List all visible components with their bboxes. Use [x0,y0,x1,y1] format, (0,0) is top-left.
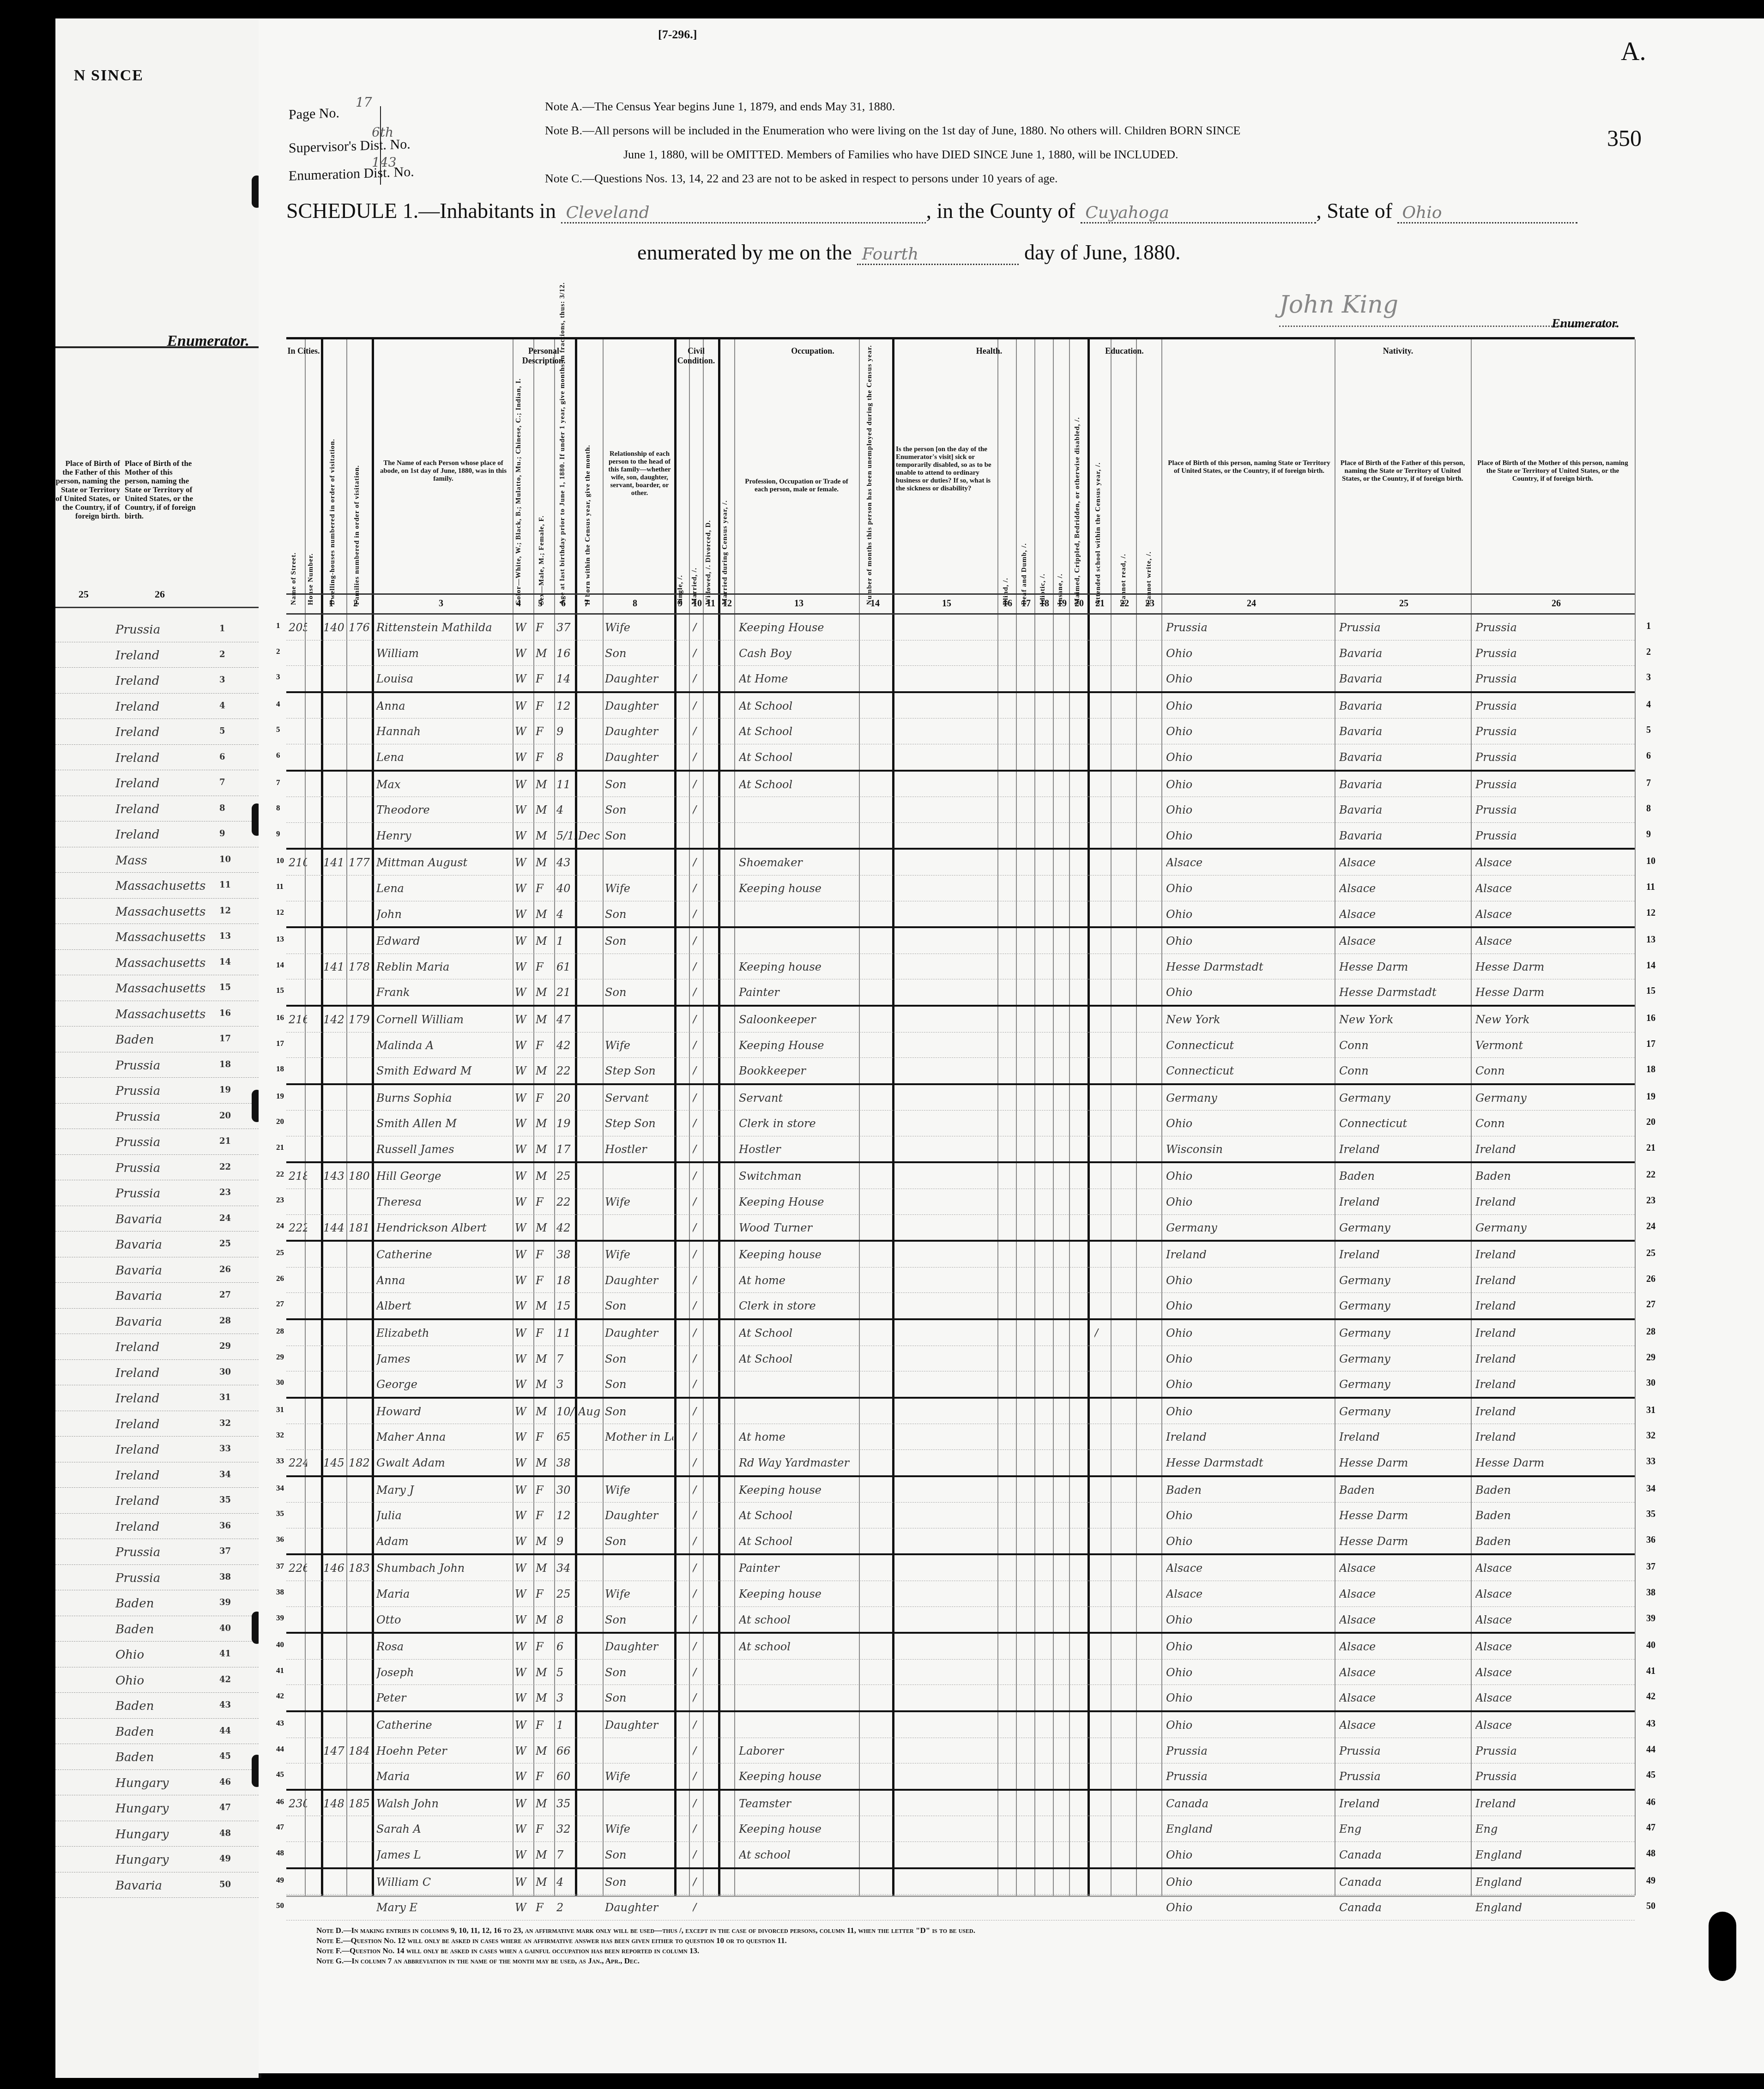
occupation-cell: At School [739,1327,857,1340]
occupation-cell: Keeping House [739,621,857,634]
birthplace-cell: Ohio [1166,1195,1332,1208]
occupation-cell: Keeping house [739,1588,857,1600]
mother-birthplace-cell: Alsace [1475,882,1632,895]
age-cell: 4 [556,803,575,816]
prev-mother-birthplace-cell: Ireland [115,1392,159,1406]
line-number-right: 43 [1646,1719,1655,1729]
prev-table-row: Bavaria50 [55,1872,259,1898]
sex-cell: F [536,1431,554,1443]
header-father-birthplace: Place of Birth of the Father of this per… [1337,459,1468,483]
name-cell: Cornell William [376,1013,510,1026]
birthplace-cell: Ohio [1166,1405,1332,1418]
occupation-cell: Rd Way Yardmaster [739,1456,857,1469]
table-row: 31HowardWM10/12AugSon/OhioGermanyIreland… [286,1399,1635,1425]
relationship-cell: Wife [605,1823,673,1835]
name-cell: Rosa [376,1640,510,1653]
father-birthplace-cell: Prussia [1339,1745,1468,1757]
prev-mother-birthplace-cell: Prussia [115,1187,160,1201]
line-number-right: 46 [1646,1797,1655,1808]
prev-mother-birthplace-cell: Bavaria [115,1264,162,1278]
line-number: 38 [276,1588,284,1597]
occupation-cell: Wood Turner [739,1221,857,1234]
house-number-cell: 222 [289,1221,307,1234]
occupation-cell: Keeping House [739,1039,857,1052]
occupation-cell: At School [739,1535,857,1548]
age-cell: 30 [556,1484,575,1497]
age-cell: 32 [556,1823,575,1835]
name-cell: Rittenstein Mathilda [376,621,510,634]
prev-line-number: 33 [219,1444,231,1454]
marital-mark-cell: / [693,1691,702,1704]
prev-mother-birthplace-cell: Ireland [115,700,159,714]
marital-mark-cell: / [693,1640,702,1653]
column-number: 23 [1145,598,1154,609]
name-cell: Theresa [376,1195,510,1208]
father-birthplace-cell: Bavaria [1339,672,1468,685]
father-birthplace-cell: Hesse Darmstadt [1339,986,1468,999]
family-number-cell: 179 [349,1013,372,1026]
prev-line-number: 4 [219,701,225,711]
prev-table-row: Bavaria25 [55,1232,259,1257]
mother-birthplace-cell: Baden [1475,1509,1632,1522]
line-number: 1 [276,621,280,630]
relationship-cell: Daughter [605,1327,673,1340]
line-number-right: 19 [1646,1092,1655,1102]
census-rows: 1205140176Rittenstein MathildaWF37Wife/K… [286,615,1635,1920]
line-number-right: 44 [1646,1745,1655,1755]
mother-birthplace-cell: Germany [1475,1221,1632,1234]
column-number: 2 [353,598,358,609]
family-number-cell: 183 [349,1562,372,1575]
line-number: 44 [276,1745,284,1754]
column-number: 20 [1075,598,1084,609]
relationship-cell: Daughter [605,1901,673,1914]
group-civil-condition: Civil Condition. [674,346,718,366]
color-cell: W [515,1691,533,1704]
prev-line-number: 42 [219,1675,231,1684]
line-number-right: 36 [1646,1535,1655,1546]
prev-mother-birthplace-cell: Baden [115,1623,154,1636]
sex-cell: M [536,935,554,948]
line-number: 40 [276,1640,284,1649]
line-number: 2 [276,647,280,656]
sex-cell: M [536,647,554,660]
county-field: Cuyahoga [1081,203,1316,223]
age-cell: 4 [556,908,575,921]
birthplace-cell: Baden [1166,1484,1332,1497]
color-cell: W [515,1484,533,1497]
name-cell: Smith Allen M [376,1117,510,1130]
table-row: 21Russell JamesWM17Hostler/HostlerWiscon… [286,1136,1635,1164]
family-number-cell: 181 [349,1221,372,1234]
sex-cell: M [536,829,554,842]
birthplace-cell: Ohio [1166,1378,1332,1391]
birthplace-cell: Ohio [1166,672,1332,685]
father-birthplace-cell: Germany [1339,1274,1468,1287]
prev-table-header: Place of Birth of the Father of this per… [55,348,259,608]
father-birthplace-cell: Germany [1339,1378,1468,1391]
mother-birthplace-cell: Hesse Darm [1475,986,1632,999]
occupation-cell: Keeping house [739,960,857,973]
marital-mark-cell: / [693,1745,702,1757]
table-row: 36AdamWM9Son/At SchoolOhioHesse DarmBade… [286,1528,1635,1556]
line-number: 25 [276,1248,284,1257]
mother-birthplace-cell: Alsace [1475,856,1632,869]
father-birthplace-cell: Ireland [1339,1143,1468,1156]
name-cell: Frank [376,986,510,999]
prev-mother-birthplace-cell: Ireland [115,1469,159,1483]
sex-cell: F [536,621,554,634]
column-number: 22 [1120,598,1129,609]
mother-birthplace-cell: Ireland [1475,1195,1632,1208]
mother-birthplace-cell: Alsace [1475,1640,1632,1653]
table-row: 46230148185Walsh JohnWM35/TeamsterCanada… [286,1791,1635,1817]
relationship-cell: Son [605,829,673,842]
family-number-cell: 180 [349,1170,372,1183]
prev-line-number: 20 [219,1111,231,1121]
line-number-right: 7 [1646,778,1651,789]
prev-line-number: 25 [219,1239,231,1249]
birthplace-cell: Ohio [1166,647,1332,660]
birthplace-cell: Germany [1166,1221,1332,1234]
father-birthplace-cell: Canada [1339,1876,1468,1889]
header-married-census-year: Married during Census year, /. [721,500,729,605]
age-cell: 12 [556,1509,575,1522]
line-number: 41 [276,1666,284,1675]
sex-cell: F [536,672,554,685]
marital-mark-cell: / [693,1327,702,1340]
prev-mother-birthplace-cell: Ireland [115,1418,159,1431]
age-cell: 15 [556,1299,575,1312]
name-cell: Max [376,778,510,791]
table-row: 35JuliaWF12Daughter/At SchoolOhioHesse D… [286,1503,1635,1528]
occupation-cell: Hostler [739,1143,857,1156]
age-cell: 40 [556,882,575,895]
relationship-cell: Son [605,1848,673,1861]
table-row: 45MariaWF60Wife/Keeping housePrussiaPrus… [286,1763,1635,1791]
marital-mark-cell: / [693,1509,702,1522]
prev-line-number: 9 [219,829,225,839]
line-number-right: 11 [1646,882,1655,893]
relationship-cell: Son [605,1666,673,1679]
mother-birthplace-cell: New York [1475,1013,1632,1026]
table-row: 39OttoWM8Son/At schoolOhioAlsaceAlsace39 [286,1607,1635,1634]
table-row: 25CatherineWF38Wife/Keeping houseIreland… [286,1242,1635,1268]
line-number-right: 30 [1646,1378,1655,1389]
color-cell: W [515,1456,533,1469]
father-birthplace-cell: Conn [1339,1039,1468,1052]
name-cell: Elizabeth [376,1327,510,1340]
line-number-right: 27 [1646,1299,1655,1310]
column-number: 5 [538,598,543,609]
supervisor-dist-value: 6th [372,125,393,140]
mother-birthplace-cell: Prussia [1475,700,1632,712]
header-born-month: If born within the Census year, give the… [584,445,592,605]
sex-cell: F [536,1588,554,1600]
age-cell: 61 [556,960,575,973]
header-sickness: Is the person [on the day of the Enumera… [896,446,993,493]
line-number: 35 [276,1509,284,1518]
birthplace-cell: Hesse Darmstadt [1166,1456,1332,1469]
age-cell: 4 [556,1876,575,1889]
line-number-right: 2 [1646,647,1651,658]
relationship-cell: Daughter [605,1274,673,1287]
prev-nativity-table: Place of Birth of the Father of this per… [55,346,259,608]
line-number: 12 [276,908,284,917]
age-cell: 18 [556,1274,575,1287]
prev-mother-birthplace-cell: Mass [115,854,147,868]
column-number: 21 [1095,598,1105,609]
line-number-right: 42 [1646,1691,1655,1702]
marital-mark-cell: / [693,856,702,869]
table-row: 19Burns SophiaWF20Servant/ServantGermany… [286,1085,1635,1111]
father-birthplace-cell: Conn [1339,1064,1468,1077]
prev-mother-birthplace-cell: Prussia [115,1546,160,1559]
occupation-cell: Keeping house [739,1248,857,1261]
relationship-cell: Son [605,1299,673,1312]
mother-birthplace-cell: Hesse Darm [1475,960,1632,973]
prev-line-number: 24 [219,1214,231,1223]
mother-birthplace-cell: Ireland [1475,1378,1632,1391]
state-label: , State of [1316,199,1392,223]
color-cell: W [515,1248,533,1261]
table-row: 20Smith Allen MWM19Step Son/Clerk in sto… [286,1111,1635,1136]
line-number: 50 [276,1901,284,1910]
relationship-cell: Son [605,803,673,816]
birthplace-cell: Prussia [1166,1770,1332,1783]
marital-mark-cell: / [693,1562,702,1575]
birthplace-cell: Ohio [1166,725,1332,738]
prev-mother-birthplace-cell: Baden [115,1751,154,1764]
name-cell: Howard [376,1405,510,1418]
prev-mother-birthplace-cell: Ireland [115,803,159,816]
table-row: 5HannahWF9Daughter/At SchoolOhioBavariaP… [286,718,1635,744]
occupation-cell: At School [739,725,857,738]
line-number-right: 6 [1646,751,1651,761]
father-birthplace-cell: New York [1339,1013,1468,1026]
prev-table-row: Bavaria28 [55,1309,259,1334]
prev-born-since-text: N SINCE [74,67,144,85]
family-number-cell: 177 [349,856,372,869]
mother-birthplace-cell: Prussia [1475,1745,1632,1757]
table-row: 15FrankWM21Son/PainterOhioHesse Darmstad… [286,979,1635,1007]
table-row: 7MaxWM11Son/At SchoolOhioBavariaPrussia7 [286,772,1635,797]
sex-cell: M [536,1456,554,1469]
marital-mark-cell: / [693,1170,702,1183]
group-health: Health. [892,346,1086,356]
prev-table-row: Mass10 [55,847,259,873]
father-birthplace-cell: Germany [1339,1352,1468,1365]
father-birthplace-cell: Bavaria [1339,803,1468,816]
enumeration-dist-value: 143 [372,155,396,170]
birthplace-cell: Alsace [1166,1562,1332,1575]
header-birthplace: Place of Birth of this person, naming St… [1166,459,1332,475]
line-number: 4 [276,700,280,709]
prev-mother-birthplace-cell: Ireland [115,1366,159,1380]
birthplace-cell: Connecticut [1166,1064,1332,1077]
name-cell: Hill George [376,1170,510,1183]
birthplace-cell: England [1166,1823,1332,1835]
header-sex: Sex—Male, M.; Female, F. [538,515,546,605]
relationship-cell: Servant [605,1092,673,1105]
father-birthplace-cell: Eng [1339,1823,1468,1835]
prev-mother-birthplace-cell: Massachusetts [115,1008,205,1021]
column-number: 8 [633,598,637,609]
sex-cell: M [536,986,554,999]
prev-table-row: Ireland6 [55,745,259,771]
column-number: 15 [942,598,951,609]
father-birthplace-cell: Alsace [1339,1640,1468,1653]
marital-mark-cell: / [693,1848,702,1861]
name-cell: Walsh John [376,1797,510,1810]
occupation-cell: Switchman [739,1170,857,1183]
color-cell: W [515,1013,533,1026]
column-number: 7 [584,598,589,609]
father-birthplace-cell: Hesse Darm [1339,1456,1468,1469]
prev-mother-birthplace-cell: Ireland [115,828,159,842]
sex-cell: M [536,856,554,869]
line-number: 24 [276,1221,284,1231]
scan-artifact [1709,1912,1736,1981]
line-number: 5 [276,725,280,734]
relationship-cell: Daughter [605,1719,673,1732]
mother-birthplace-cell: Eng [1475,1823,1632,1835]
prev-line-number: 22 [219,1162,231,1172]
color-cell: W [515,751,533,764]
family-number-cell: 185 [349,1797,372,1810]
occupation-cell: Clerk in store [739,1117,857,1130]
prev-line-number: 8 [219,803,225,813]
color-cell: W [515,1719,533,1732]
line-number: 3 [276,672,280,682]
table-row: 42PeterWM3Son/OhioAlsaceAlsace42 [286,1685,1635,1712]
age-cell: 3 [556,1378,575,1391]
name-cell: Maria [376,1770,510,1783]
birthplace-cell: Ohio [1166,986,1332,999]
line-number: 49 [276,1876,284,1885]
prev-table-row: Baden17 [55,1026,259,1052]
relationship-cell: Wife [605,1484,673,1497]
age-cell: 42 [556,1221,575,1234]
name-cell: Henry [376,829,510,842]
house-number-cell: 210 [289,856,307,869]
line-number: 22 [276,1170,284,1179]
table-row: 4AnnaWF12Daughter/At SchoolOhioBavariaPr… [286,693,1635,719]
occupation-cell: Bookkeeper [739,1064,857,1077]
line-number-right: 10 [1646,856,1655,867]
father-birthplace-cell: Alsace [1339,856,1468,869]
marital-mark-cell: / [693,1064,702,1077]
birthplace-cell: Ohio [1166,1719,1332,1732]
prev-table-row: Prussia19 [55,1078,259,1104]
prev-mother-birthplace-cell: Ireland [115,1494,159,1508]
prev-mother-birthplace-cell: Ireland [115,777,159,791]
mother-birthplace-cell: Baden [1475,1170,1632,1183]
color-cell: W [515,1039,533,1052]
occupation-cell: Keeping House [739,1195,857,1208]
sex-cell: F [536,1640,554,1653]
name-cell: Hoehn Peter [376,1745,510,1757]
age-cell: 11 [556,778,575,791]
line-number-right: 8 [1646,803,1651,814]
color-cell: W [515,1170,533,1183]
prev-mother-birthplace-cell: Ireland [115,1520,159,1534]
note-e: Note E.—Question No. 12 will only be ask… [316,1936,975,1946]
prev-mother-birthplace-cell: Prussia [115,1571,160,1585]
dwelling-number-cell: 145 [323,1456,346,1469]
column-number: 26 [1552,598,1561,609]
table-row: 26AnnaWF18Daughter/At homeOhioGermanyIre… [286,1268,1635,1293]
house-number-cell: 230 [289,1797,307,1810]
mother-birthplace-cell: Alsace [1475,1588,1632,1600]
sex-cell: F [536,751,554,764]
father-birthplace-cell: Bavaria [1339,647,1468,660]
birthplace-cell: Ohio [1166,1509,1332,1522]
previous-page-strip: N SINCE Enumerator. Place of Birth of th… [55,18,261,2078]
line-number: 18 [276,1064,284,1074]
father-birthplace-cell: Alsace [1339,1719,1468,1732]
marital-mark-cell: / [693,1876,702,1889]
sex-cell: M [536,1352,554,1365]
mother-birthplace-cell: Prussia [1475,829,1632,842]
birth-month-cell: Aug [578,1405,601,1418]
name-cell: Maria [376,1588,510,1600]
color-cell: W [515,1221,533,1234]
header-occupation: Profession, Occupation or Trade of each … [739,478,854,494]
father-birthplace-cell: Hesse Darm [1339,960,1468,973]
prev-mother-birthplace-cell: Hungary [115,1802,169,1816]
marital-mark-cell: / [693,1299,702,1312]
mother-birthplace-cell: Ireland [1475,1405,1632,1418]
table-row: 3LouisaWF14Daughter/At HomeOhioBavariaPr… [286,666,1635,693]
mother-birthplace-cell: Conn [1475,1117,1632,1130]
prev-mother-birthplace-cell: Baden [115,1699,154,1713]
father-birthplace-cell: Bavaria [1339,700,1468,712]
prev-line-number: 47 [219,1803,231,1812]
sex-cell: M [536,1848,554,1861]
prev-col25-number: 25 [79,588,89,600]
marital-mark-cell: / [693,1013,702,1026]
prev-line-number: 29 [219,1341,231,1351]
relationship-cell: Daughter [605,1640,673,1653]
birthplace-cell: Ohio [1166,1876,1332,1889]
line-number: 19 [276,1092,284,1101]
birthplace-cell: Ohio [1166,1613,1332,1626]
relationship-cell: Son [605,1535,673,1548]
table-row: 43CatherineWF1Daughter/OhioAlsaceAlsace4… [286,1712,1635,1738]
birthplace-cell: Ohio [1166,1327,1332,1340]
line-number: 36 [276,1535,284,1544]
page-no-value: 17 [356,95,372,110]
prev-line-number: 44 [219,1726,231,1736]
age-cell: 38 [556,1248,575,1261]
prev-table-row: Ireland30 [55,1360,259,1386]
line-number: 42 [276,1691,284,1701]
age-cell: 7 [556,1352,575,1365]
prev-table-row: Bavaria26 [55,1257,259,1283]
prev-table-row: Prussia22 [55,1155,259,1181]
house-number-cell: 224 [289,1456,307,1469]
prev-table-row: Baden45 [55,1744,259,1770]
occupation-cell: At home [739,1431,857,1443]
prev-line-number: 14 [219,957,231,967]
prev-mother-birthplace-cell: Ireland [115,674,159,688]
occupation-cell: Keeping house [739,1770,857,1783]
marital-mark-cell: / [693,1719,702,1732]
sex-cell: F [536,1195,554,1208]
prev-table-row: Massachusetts14 [55,950,259,976]
color-cell: W [515,829,533,842]
